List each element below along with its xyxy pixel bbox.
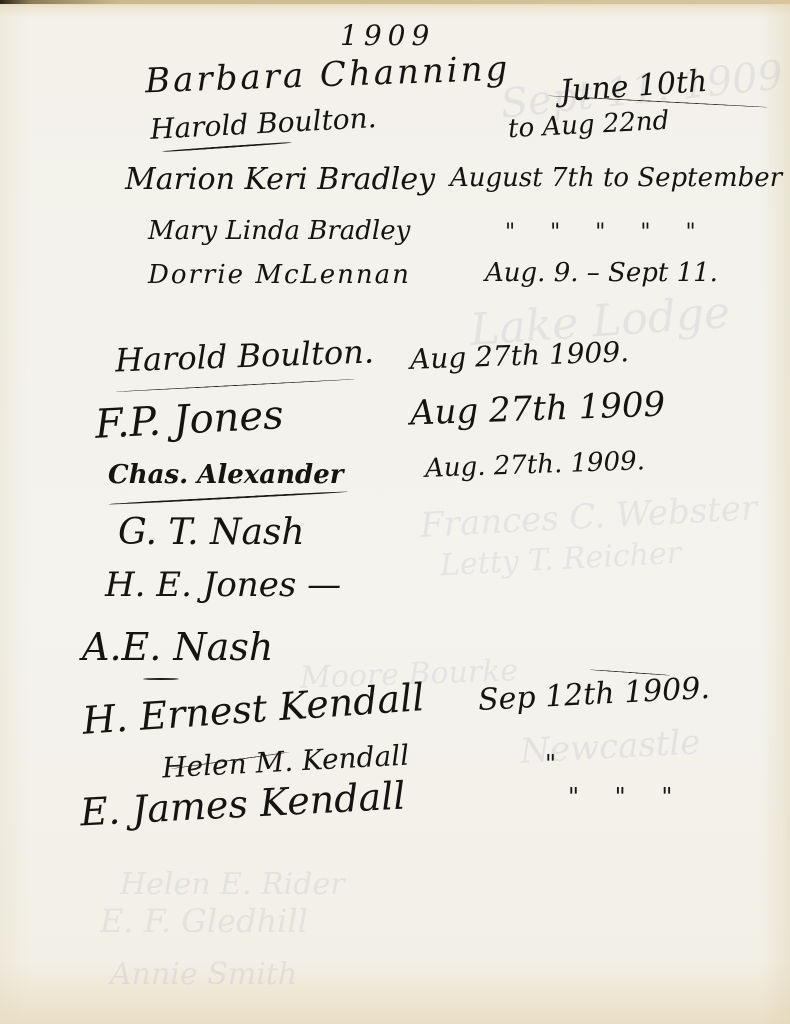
visit-date: " " " " " — [505, 222, 710, 244]
visit-date: to Aug 22nd — [507, 108, 669, 142]
visit-date: August 7th to September 4th — [450, 165, 790, 191]
guest-name: Mary Linda Bradley — [148, 218, 410, 244]
visit-date: " " " — [568, 785, 686, 809]
visit-date: Aug 27th 1909. — [410, 338, 630, 374]
guest-name: Dorrie McLennan — [148, 262, 411, 288]
year-heading: 1909 — [340, 22, 435, 50]
signature-underline — [115, 379, 355, 393]
guest-name: F.P. Jones — [94, 395, 284, 445]
visit-date: Sep 12th 1909. — [477, 674, 710, 716]
guest-name: E. James Kendall — [79, 777, 406, 832]
signature-underline — [143, 678, 179, 680]
guest-name: Harold Boulton. — [149, 104, 377, 144]
guest-name: Chas. Alexander — [108, 462, 343, 488]
visit-date: Aug. 27th. 1909. — [425, 448, 646, 482]
guest-name: Harold Boulton. — [115, 335, 375, 376]
visit-date: Aug 27th 1909 — [409, 388, 665, 431]
bleed-through-text: Frances C. Webster — [419, 491, 758, 543]
guest-name: H. Ernest Kendall — [81, 678, 425, 740]
guest-name: Barbara Channing — [145, 52, 511, 99]
guestbook-page: Sept 11. 1909 Lake Lodge Frances C. Webs… — [0, 0, 790, 1024]
visit-date: Aug. 9. – Sept 11. — [485, 260, 718, 286]
guest-name: G. T. Nash — [118, 515, 305, 551]
guest-name: Marion Keri Bradley — [125, 165, 435, 195]
guest-name: H. E. Jones — — [105, 568, 341, 602]
bleed-through-text: E. F. Gledhill — [100, 905, 308, 937]
visit-date: " — [545, 752, 556, 776]
signature-underline — [108, 491, 348, 506]
bleed-through-text: Annie Smith — [110, 960, 297, 990]
page-top-edge — [0, 0, 790, 4]
bleed-through-text: Letty T. Reicher — [439, 539, 681, 582]
guest-name: A.E. Nash — [82, 628, 273, 666]
bleed-through-text: Helen E. Rider — [120, 870, 345, 900]
